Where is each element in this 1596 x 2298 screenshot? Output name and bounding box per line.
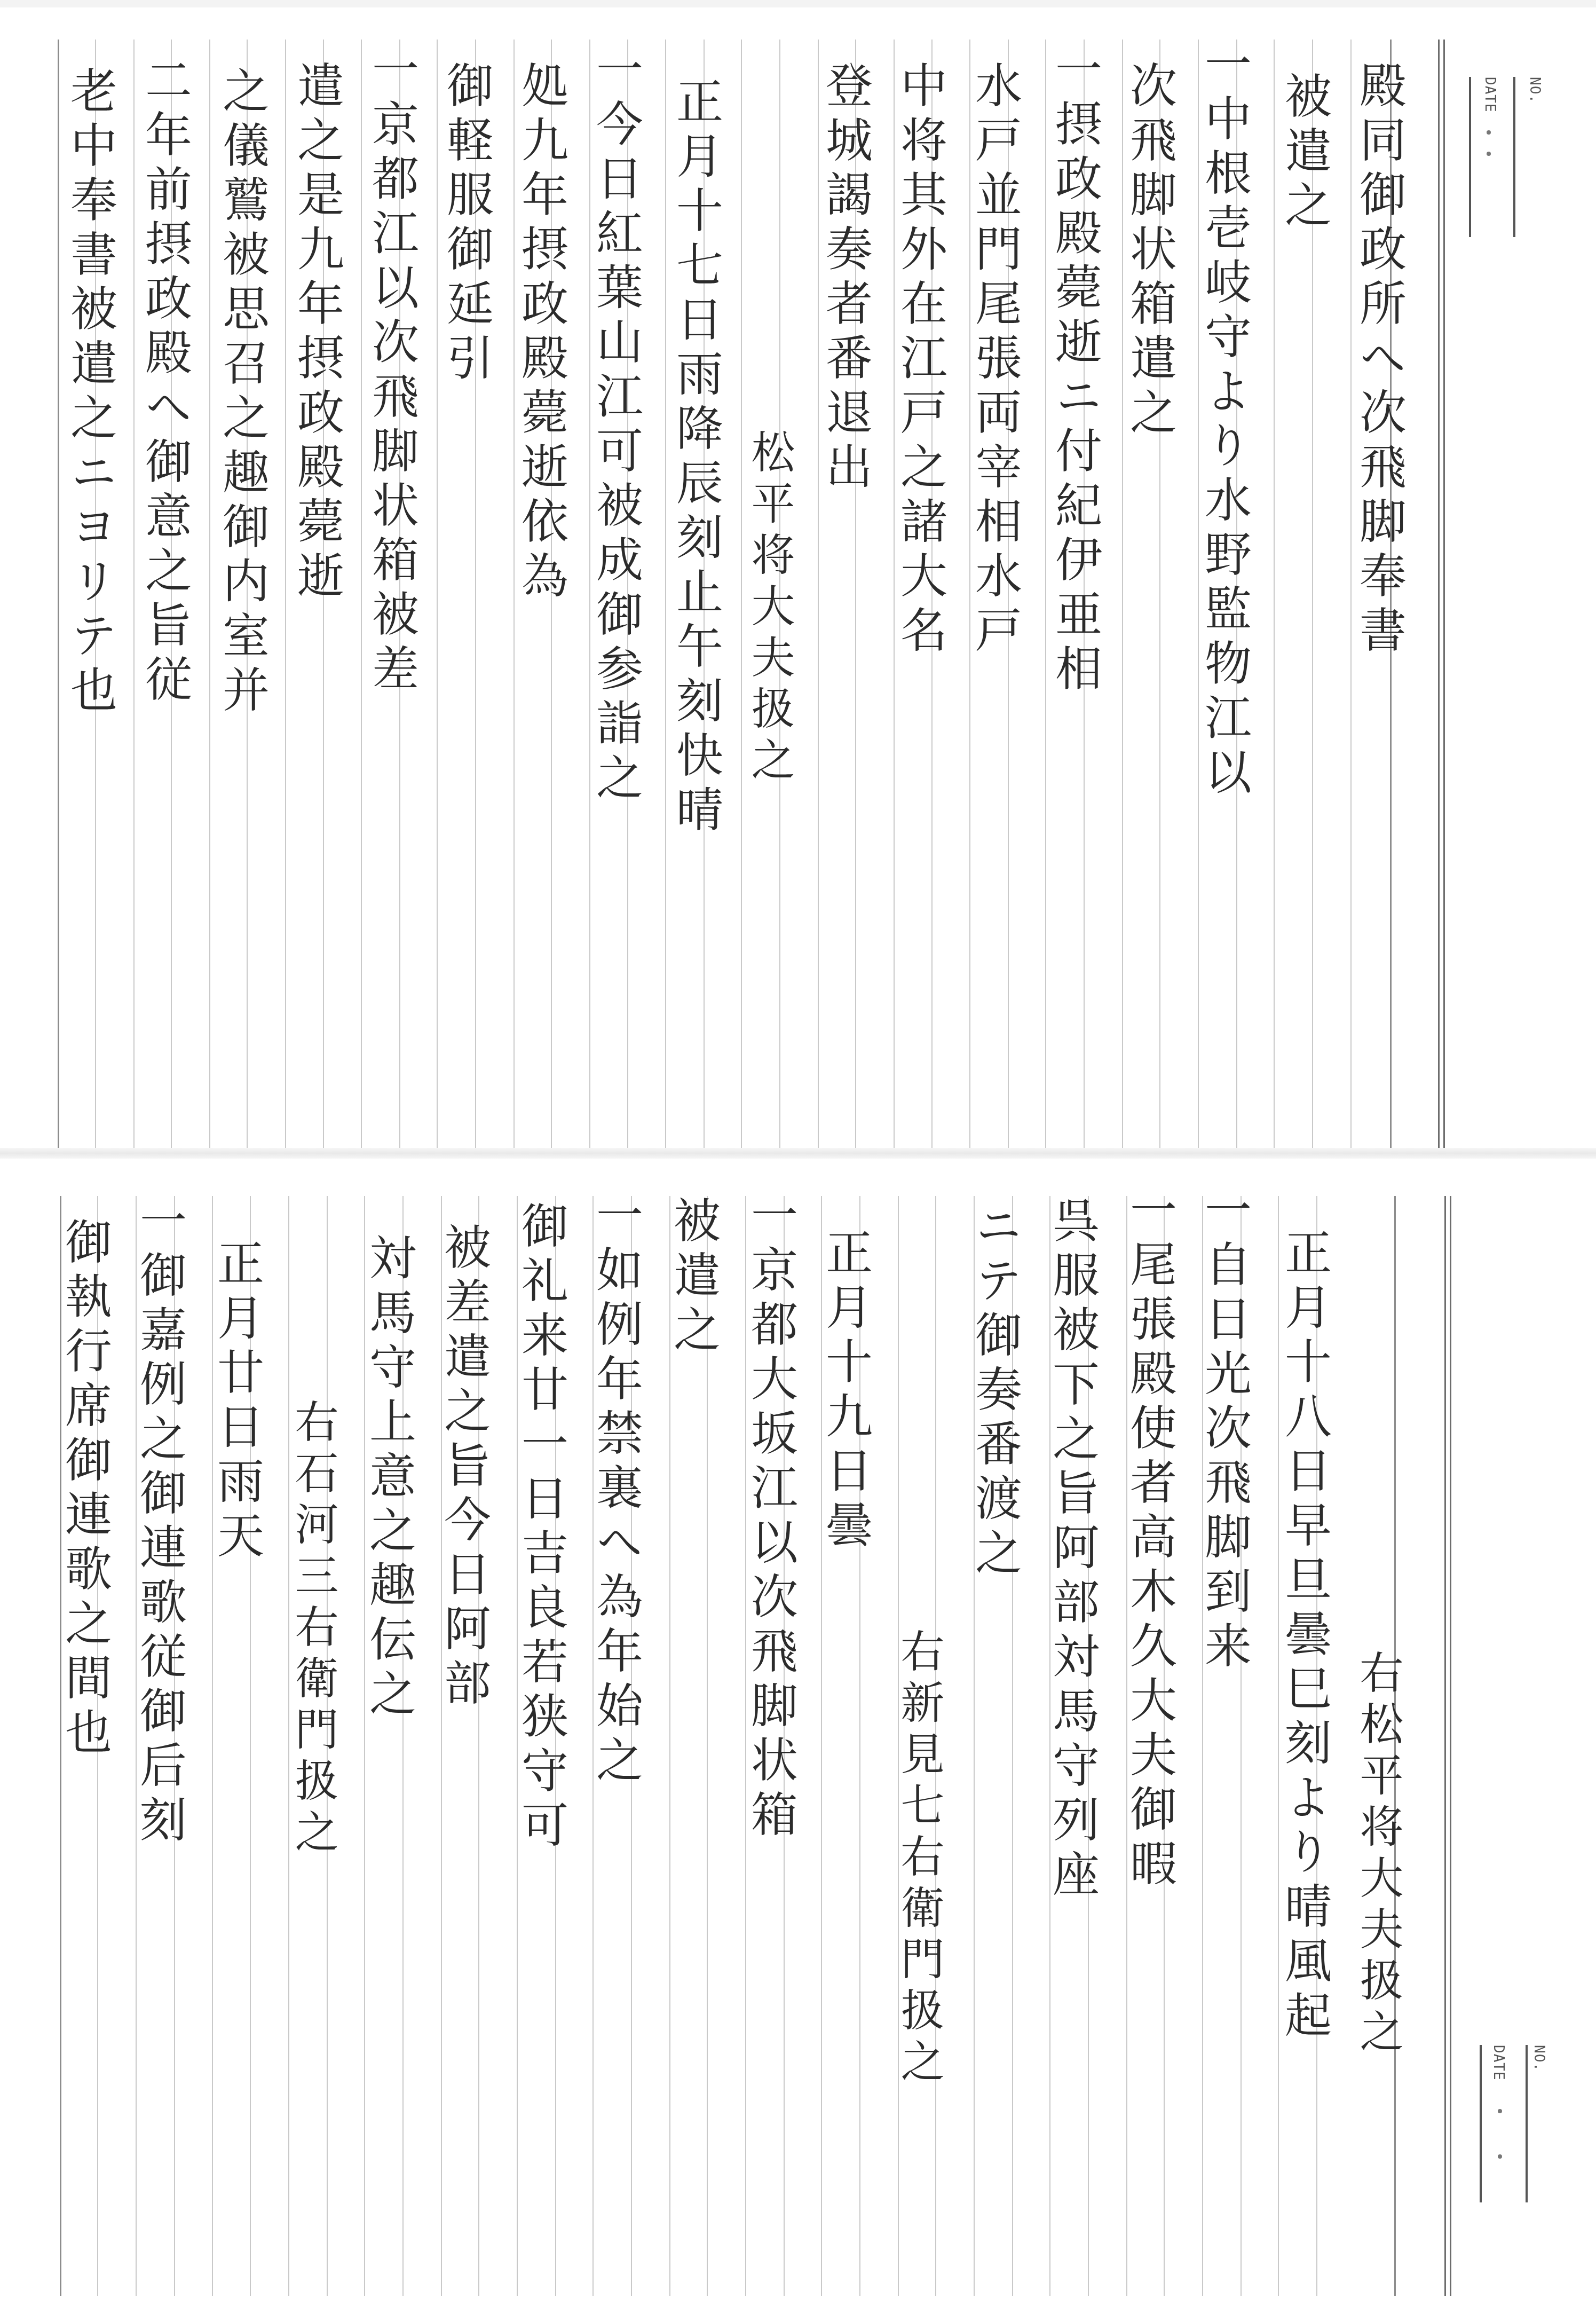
notebook-page-bottom: NO. DATE 右松平将大夫扱之 正月十八日早旦曇巳刻より晴風起 一自日光次飛…	[0, 1159, 1596, 2298]
text-column: 御礼来廿一日吉良若狭守可	[518, 1201, 565, 1855]
ruled-line	[1045, 40, 1046, 1150]
signature-column: 松平将大夫扱之	[747, 429, 791, 788]
margin-rule	[58, 40, 59, 1150]
text-column: 一自日光次飛脚到来	[1201, 1185, 1248, 1675]
ruled-line	[437, 40, 438, 1150]
date-separator-dot	[1487, 130, 1491, 135]
double-rule	[1443, 40, 1445, 1150]
signature-column: 右新見七右衛門扱之	[897, 1628, 941, 2090]
text-column: 被差遣之旨今日阿部	[440, 1223, 487, 1713]
text-column: 一京都江以次飛脚状箱被差	[368, 45, 415, 698]
no-field-line[interactable]	[1526, 2045, 1528, 2202]
ruled-line	[665, 40, 666, 1150]
date-separator-dot	[1487, 152, 1491, 156]
date-field-line[interactable]	[1469, 77, 1471, 237]
text-column: 御執行席御連歌之間也	[61, 1217, 108, 1762]
ruled-line	[133, 40, 135, 1150]
double-rule	[1444, 1196, 1446, 2296]
text-column: 一如例年禁裏へ為年始之	[592, 1191, 639, 1790]
ruled-line	[741, 40, 742, 1150]
ruled-line	[707, 1196, 708, 2296]
text-column: 老中奉書被遣之ニヨリテ也	[67, 66, 114, 720]
no-label: NO.	[1531, 2045, 1547, 2072]
text-column: 一中根壱岐守より水野監物江以	[1201, 40, 1248, 802]
text-column: 遣之是九年摂政殿薨逝	[294, 61, 341, 605]
text-column: 処九年摂政殿薨逝依為	[518, 61, 565, 605]
double-rule	[1450, 1196, 1451, 2296]
text-column: 被遣之	[1281, 72, 1328, 235]
ruled-line	[209, 40, 210, 1150]
page-seam	[0, 1148, 1596, 1159]
ruled-line	[361, 40, 362, 1150]
text-column: 対馬守上意之趣伝之	[366, 1233, 413, 1723]
ruled-line	[669, 1196, 670, 2296]
date-column: 正月廿日雨天	[214, 1239, 260, 1565]
notebook-page-top: NO. DATE 殿同御政所へ次飛脚奉書 被遣之 一中根壱岐守より水野監物江以 …	[0, 0, 1596, 1155]
date-column: 正月十八日早旦曇巳刻より晴風起	[1281, 1228, 1328, 2045]
text-column: 一京都大坂江以次飛脚状箱	[747, 1191, 794, 1844]
text-column: ニテ御奏番渡之	[971, 1201, 1018, 1583]
text-column: 一摂政殿薨逝ニ付紀伊亜相	[1052, 45, 1099, 698]
text-column: 中将其外在江戸之諸大名	[897, 61, 944, 660]
text-column: 一今日紅葉山江可被成御参詣之	[592, 45, 639, 807]
text-column: 二年前摂政殿へ御意之旨従	[141, 56, 188, 709]
no-label: NO.	[1527, 77, 1543, 104]
text-column: 御軽服御延引	[443, 61, 490, 388]
text-column: 被遣之	[670, 1196, 717, 1359]
text-column: 殿同御政所へ次飛脚奉書	[1356, 61, 1403, 660]
date-separator-dot	[1498, 2109, 1502, 2113]
text-column: 次飛脚状箱遣之	[1126, 61, 1173, 442]
date-column: 正月十七日雨降辰刻止午刻快晴	[673, 77, 720, 839]
date-column: 正月十九日曇	[822, 1228, 869, 1555]
text-column: 之儀鷲被思召之趣御内室并	[219, 66, 266, 720]
ruled-line	[1350, 40, 1352, 1150]
text-column: 一尾張殿使者高木久大夫御暇	[1126, 1185, 1173, 1893]
no-field-line[interactable]	[1513, 77, 1515, 237]
date-separator-dot	[1498, 2154, 1502, 2159]
text-column: 呉服被下之旨阿部対馬守列座	[1049, 1196, 1096, 1904]
text-column: 登城謁奏者番退出	[822, 61, 869, 497]
date-label: DATE	[1482, 77, 1498, 113]
text-column: 水戸並門尾張両宰相水戸	[971, 61, 1018, 660]
text-column: 一御嘉例之御連歌従御后刻	[136, 1196, 183, 1850]
date-field-line[interactable]	[1480, 2045, 1482, 2202]
signature-column: 右松平将大夫扱之	[1356, 1650, 1400, 2060]
date-label: DATE	[1490, 2045, 1506, 2081]
ruled-line	[285, 40, 286, 1150]
double-rule	[1438, 40, 1440, 1150]
signature-column: 右石河三右衛門扱之	[291, 1399, 335, 1860]
ruled-line	[1274, 40, 1275, 1150]
